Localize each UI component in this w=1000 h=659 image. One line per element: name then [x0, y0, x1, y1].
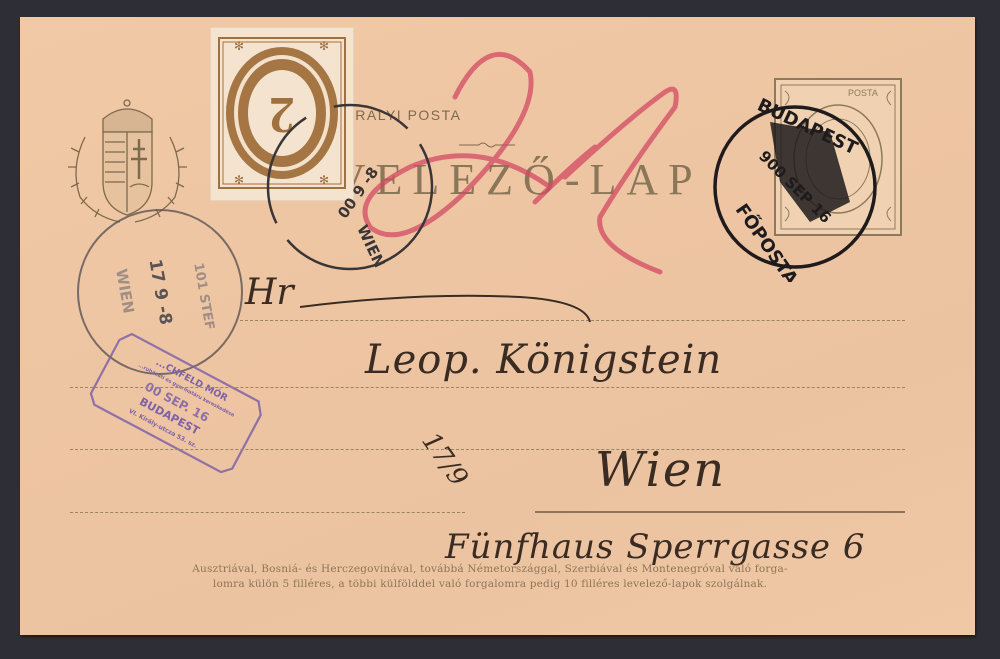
salutation-flourish [300, 287, 600, 327]
svg-text:FŐPOSTA: FŐPOSTA [731, 200, 803, 282]
svg-text:17 9 -8: 17 9 -8 [144, 258, 175, 327]
svg-text:WIEN: WIEN [353, 222, 388, 270]
handwritten-salutation: Hr [245, 272, 294, 313]
footer-notice: Ausztriával, Bosniá- és Herczegovinával,… [50, 562, 930, 592]
footer-line-1: Ausztriával, Bosniá- és Herczegovinával,… [50, 562, 930, 577]
svg-text:WIEN: WIEN [112, 267, 138, 314]
svg-text:101 STEF: 101 STEF [190, 262, 217, 331]
svg-text:✻: ✻ [319, 39, 329, 53]
address-line-2 [70, 387, 905, 388]
svg-text:✻: ✻ [234, 173, 244, 187]
wien-postmark-top: 00 9 -8 WIEN [255, 92, 445, 282]
handwritten-street: Fünfhaus Sperrgasse 6 [445, 527, 865, 567]
address-line-3 [70, 449, 905, 450]
sender-cachet: ...CHFELD MÓR ...ruházati és gyarmatáru … [30, 322, 320, 482]
address-line-4 [70, 512, 465, 513]
svg-text:00 9 -8: 00 9 -8 [334, 164, 382, 222]
postcard: MAGYAR KIRALYI POSTA LEVELEZŐ-LAP POSTA … [20, 17, 975, 635]
svg-text:✻: ✻ [234, 39, 244, 53]
budapest-postmark: 900 SEP 16 BUDAPEST FŐPOSTA [700, 92, 890, 282]
handwritten-city: Wien [595, 442, 726, 498]
handwritten-reference: 17/9 [415, 427, 473, 492]
city-underline [535, 511, 905, 513]
footer-line-2: lomra külön 5 filléres, a többi külföldd… [50, 577, 930, 592]
handwritten-addressee: Leop. Königstein [365, 337, 722, 383]
